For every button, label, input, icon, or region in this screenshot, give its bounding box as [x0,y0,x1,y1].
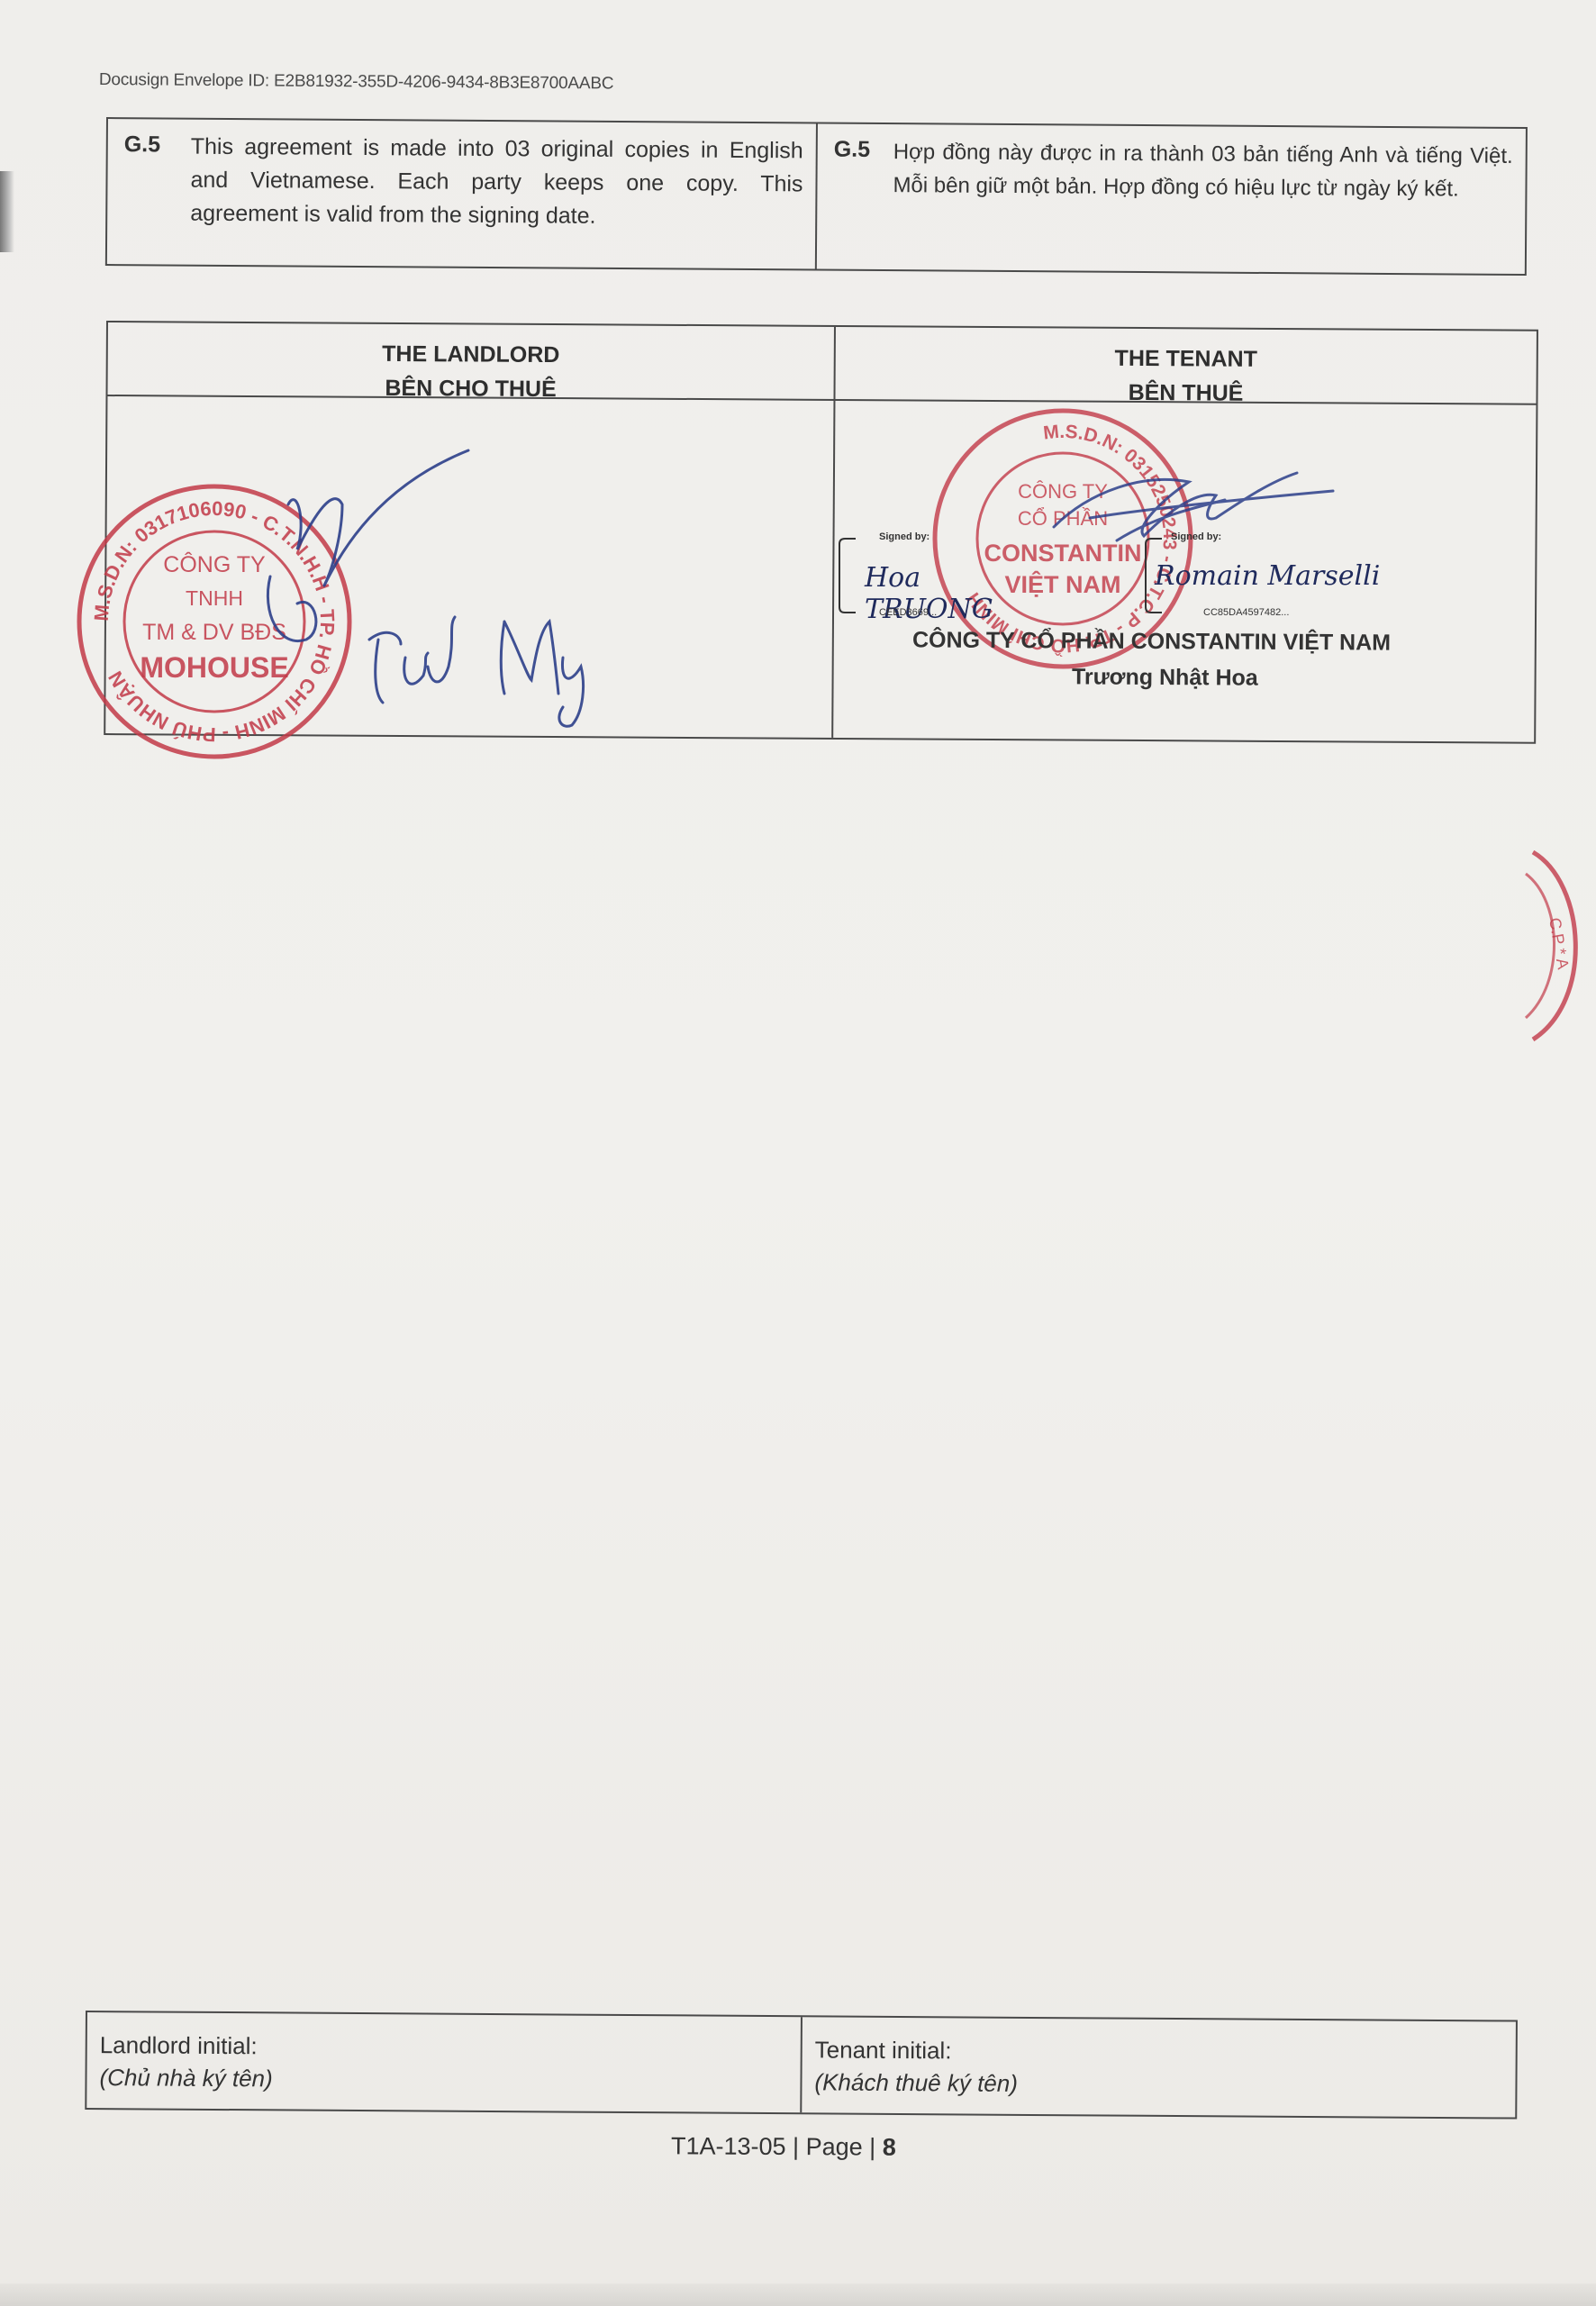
tenant-initial-label: Tenant initial: [815,2033,952,2066]
footer-separator: | [869,2133,875,2160]
tenant-company-name: CÔNG TY CỔ PHẦN CONSTANTIN VIỆT NAM [912,627,1391,656]
tenant-initial-cell: Tenant initial: (Khách thuê ký tên) [802,2017,1516,2117]
side-stamp-text: C.P * A [1546,916,1573,970]
clause-g5-vietnamese: G.5 Hợp đồng này được in ra thành 03 bản… [817,124,1526,274]
clause-text: Hợp đồng này được in ra thành 03 bản tiế… [893,135,1512,206]
clause-g5-english: G.5 This agreement is made into 03 origi… [107,119,818,268]
docusign-signature-box-left: Signed by: Hoa TRUONG CEED3669... [838,531,1036,622]
clause-number: G.5 [124,128,161,161]
tenant-initial-sub: (Khách thuê ký tên) [814,2065,1018,2099]
landlord-title-vi: BÊN CHO THUÊ [107,369,833,408]
docusign-envelope-id: Docusign Envelope ID: E2B81932-355D-4206… [99,70,614,94]
clause-number: G.5 [834,133,871,167]
docusign-signature-box-right: Signed by: Romain Marselli CC85DA4597482… [1144,531,1387,622]
document-code: T1A-13-05 [671,2132,786,2160]
landlord-initial-cell: Landlord initial: (Chủ nhà ký tên) [86,2012,803,2112]
docusign-signed-by-label: Signed by: [1171,531,1221,542]
landlord-signature-icon [207,432,612,730]
clause-text: This agreement is made into 03 original … [190,131,803,235]
tenant-representative-name: Trương Nhật Hoa [1072,664,1258,691]
landlord-initial-sub: (Chủ nhà ký tên) [99,2061,272,2094]
scan-edge-shadow [0,171,14,252]
footer-separator: | [793,2133,799,2160]
tenant-heading: THE TENANT BÊN THUÊ [833,340,1537,413]
envelope-id: E2B81932-355D-4206-9434-8B3E8700AABC [274,72,613,94]
initials-table: Landlord initial: (Chủ nhà ký tên) Tenan… [85,2011,1518,2120]
page-number: 8 [883,2134,896,2161]
envelope-label: Docusign Envelope ID: [99,70,269,90]
page-footer: T1A-13-05 | Page | 8 [671,2132,896,2161]
landlord-title-en: THE LANDLORD [108,335,834,374]
docusign-signature-text: Romain Marselli [1155,560,1380,592]
page-label: Page [806,2133,863,2160]
scan-bottom-shadow [0,2283,1596,2306]
document-page: Docusign Envelope ID: E2B81932-355D-4206… [0,0,1596,2306]
landlord-heading: THE LANDLORD BÊN CHO THUÊ [107,335,833,408]
docusign-hash: CEED3669... [879,607,937,618]
docusign-signed-by-label: Signed by: [879,531,929,542]
clause-g5-table: G.5 This agreement is made into 03 origi… [105,117,1528,276]
tenant-title-en: THE TENANT [834,340,1538,378]
docusign-hash: CC85DA4597482... [1203,607,1289,618]
side-stamp-fragment-icon: C.P * A [1522,847,1596,1045]
landlord-initial-label: Landlord initial: [100,2029,258,2062]
